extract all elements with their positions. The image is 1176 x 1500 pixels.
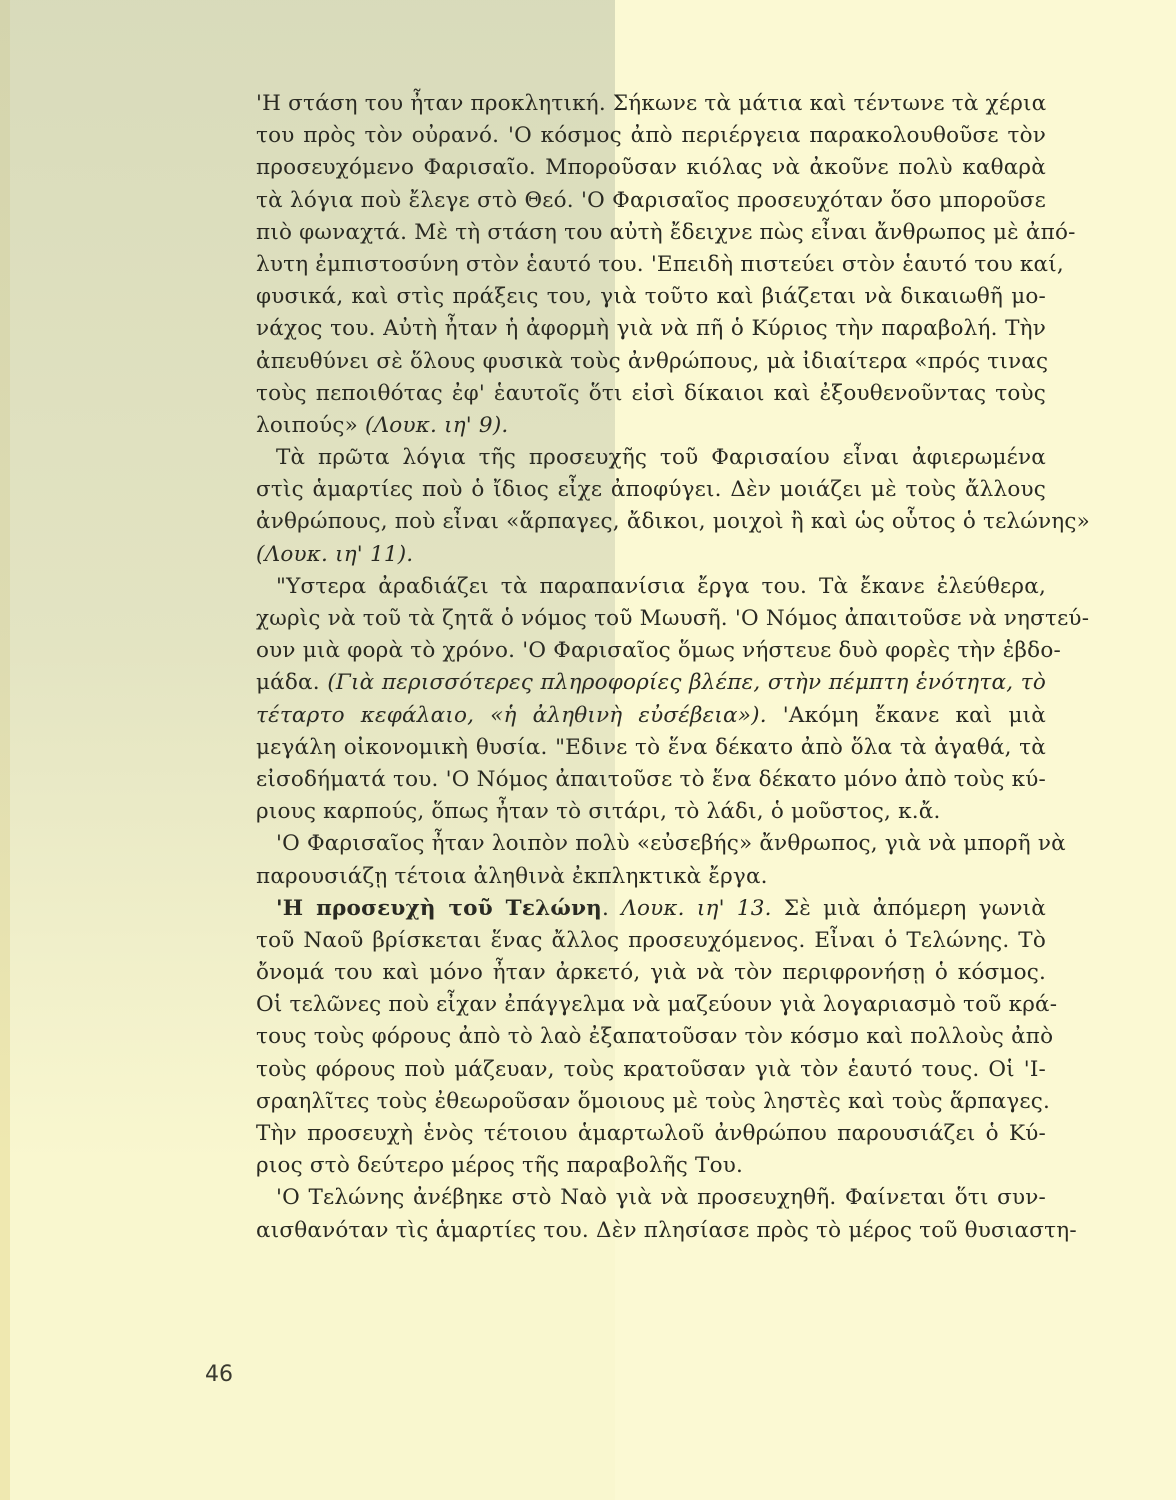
text-line: σραηλῖτες τοὺς ἐθεωροῦσαν ὅμοιους μὲ τοὺ…: [256, 1086, 1046, 1118]
text-segment: ουν μιὰ φορὰ τὸ χρόνο. 'Ο Φαρισαῖος ὅμως…: [256, 638, 1061, 663]
text-line: Οἱ τελῶνες ποὺ εἶχαν ἐπάγγελμα νὰ μαζεύο…: [256, 989, 1046, 1021]
text-line: τους τοὺς φόρους ἀπὸ τὸ λαὸ ἐξαπατοῦσαν …: [256, 1021, 1046, 1053]
text-segment: λυτη ἐμπιστοσύνη στὸν ἑαυτό του. 'Επειδὴ…: [256, 252, 1064, 277]
text-line: ριος στὸ δεύτερο μέρος τῆς παραβολῆς Του…: [256, 1150, 1046, 1182]
scripture-reference: (Γιὰ περισσότερες πληροφορίες βλέπε, στὴ…: [327, 670, 1046, 695]
text-line: τὰ λόγια ποὺ ἔλεγε στὸ Θεό. 'Ο Φαρισαῖος…: [256, 185, 1046, 217]
text-line: Τὰ πρῶτα λόγια τῆς προσευχῆς τοῦ Φαρισαί…: [256, 442, 1046, 474]
text-segment: τοὺς πεποιθότας ἐφ' ἑαυτοῖς ὅτι εἰσὶ δίκ…: [256, 381, 1046, 406]
text-segment: τους τοὺς φόρους ἀπὸ τὸ λαὸ ἐξαπατοῦσαν …: [256, 1024, 1053, 1049]
page-edge: [0, 0, 10, 1500]
page-number: 46: [205, 1362, 233, 1387]
text-segment: Τὴν προσευχὴ ἑνὸς τέτοιου ἁμαρτωλοῦ ἀνθρ…: [256, 1121, 1046, 1146]
text-line: παρουσιάζῃ τέτοια ἀληθινὰ ἐκπληκτικὰ ἔργ…: [256, 861, 1046, 893]
text-line: Τὴν προσευχὴ ἑνὸς τέτοιου ἁμαρτωλοῦ ἀνθρ…: [256, 1118, 1046, 1150]
text-segment: νάχος του. Αὐτὴ ἦταν ἡ ἀφορμὴ γιὰ νὰ πῆ …: [256, 316, 1046, 341]
text-body: 'Η στάση του ἦταν προκλητική. Σήκωνε τὰ …: [256, 88, 1046, 1247]
text-line: 'Η στάση του ἦταν προκλητική. Σήκωνε τὰ …: [256, 88, 1046, 120]
text-line: λοιπούς» (Λουκ. ιη' 9).: [256, 410, 1046, 442]
text-line: στὶς ἁμαρτίες ποὺ ὁ ἴδιος εἶχε ἀποφύγει.…: [256, 474, 1046, 506]
text-segment: ἀνθρώπους, ποὺ εἶναι «ἅρπαγες, ἄδικοι, μ…: [256, 509, 1090, 534]
text-line: του πρὸς τὸν οὐρανό. 'Ο κόσμος ἀπὸ περιέ…: [256, 120, 1046, 152]
text-segment: "Υστερα ἀραδιάζει τὰ παραπανίσια ἔργα το…: [276, 574, 1046, 599]
text-segment: τοὺς φόρους ποὺ μάζευαν, τοὺς κρατοῦσαν …: [256, 1057, 1046, 1082]
text-line: ἀπευθύνει σὲ ὅλους φυσικὰ τοὺς ἀνθρώπους…: [256, 346, 1046, 378]
text-line: τοῦ Ναοῦ βρίσκεται ἕνας ἄλλος προσευχόμε…: [256, 925, 1046, 957]
text-line: 'Ο Τελώνης ἀνέβηκε στὸ Ναὸ γιὰ νὰ προσευ…: [256, 1182, 1046, 1214]
text-segment: .: [602, 896, 621, 921]
text-segment: μάδα.: [256, 670, 327, 695]
scripture-reference: τέταρτο κεφάλαιο, «ἡ ἀληθινὴ εὐσέβεια»).: [256, 703, 767, 728]
scripture-reference: Λουκ. ιη' 13.: [621, 896, 771, 921]
text-segment: λοιπούς»: [256, 413, 365, 438]
text-line: φυσικά, καὶ στὶς πράξεις του, γιὰ τοῦτο …: [256, 281, 1046, 313]
text-line: λυτη ἐμπιστοσύνη στὸν ἑαυτό του. 'Επειδὴ…: [256, 249, 1046, 281]
text-segment: 'Ο Τελώνης ἀνέβηκε στὸ Ναὸ γιὰ νὰ προσευ…: [276, 1185, 1046, 1210]
text-segment: χωρὶς νὰ τοῦ τὰ ζητᾶ ὁ νόμος τοῦ Μωυσῆ. …: [256, 606, 1089, 631]
text-segment: παρουσιάζῃ τέτοια ἀληθινὰ ἐκπληκτικὰ ἔργ…: [256, 864, 768, 889]
section-heading: 'Η προσευχὴ τοῦ Τελώνη: [276, 896, 602, 921]
text-segment: Σὲ μιὰ ἀπόμερη γωνιὰ: [772, 896, 1046, 921]
scripture-reference: (Λουκ. ιη' 11).: [256, 542, 413, 567]
text-line: 'Ο Φαρισαῖος ἦταν λοιπὸν πολὺ «εὐσεβής» …: [256, 828, 1046, 860]
text-line: μεγάλη οἰκονομικὴ θυσία. "Εδινε τὸ ἕνα δ…: [256, 732, 1046, 764]
text-segment: ριος στὸ δεύτερο μέρος τῆς παραβολῆς Του…: [256, 1153, 743, 1178]
text-segment: εἰσοδήματά του. 'Ο Νόμος ἀπαιτοῦσε τὸ ἕν…: [256, 767, 1046, 792]
text-line: ουν μιὰ φορὰ τὸ χρόνο. 'Ο Φαρισαῖος ὅμως…: [256, 635, 1046, 667]
text-segment: ὄνομά του καὶ μόνο ἦταν ἀρκετό, γιὰ νὰ τ…: [256, 960, 1046, 985]
text-segment: 'Ο Φαρισαῖος ἦταν λοιπὸν πολὺ «εὐσεβής» …: [276, 831, 1066, 856]
text-segment: τὰ λόγια ποὺ ἔλεγε στὸ Θεό. 'Ο Φαρισαῖος…: [256, 188, 1046, 213]
text-line: τοὺς φόρους ποὺ μάζευαν, τοὺς κρατοῦσαν …: [256, 1054, 1046, 1086]
text-line: ὄνομά του καὶ μόνο ἦταν ἀρκετό, γιὰ νὰ τ…: [256, 957, 1046, 989]
text-segment: Τὰ πρῶτα λόγια τῆς προσευχῆς τοῦ Φαρισαί…: [276, 445, 1046, 470]
text-line: τέταρτο κεφάλαιο, «ἡ ἀληθινὴ εὐσέβεια»).…: [256, 700, 1046, 732]
text-line: εἰσοδήματά του. 'Ο Νόμος ἀπαιτοῦσε τὸ ἕν…: [256, 764, 1046, 796]
text-line: χωρὶς νὰ τοῦ τὰ ζητᾶ ὁ νόμος τοῦ Μωυσῆ. …: [256, 603, 1046, 635]
text-segment: αισθανόταν τὶς ἁμαρτίες του. Δὲν πλησίασ…: [256, 1218, 1077, 1243]
text-line: τοὺς πεποιθότας ἐφ' ἑαυτοῖς ὅτι εἰσὶ δίκ…: [256, 378, 1046, 410]
text-segment: σραηλῖτες τοὺς ἐθεωροῦσαν ὅμοιους μὲ τοὺ…: [256, 1089, 1050, 1114]
text-segment: 'Ακόμη ἔκανε καὶ μιὰ: [767, 703, 1046, 728]
text-segment: προσευχόμενο Φαρισαῖο. Μποροῦσαν κιόλας …: [256, 155, 1046, 180]
scripture-reference: (Λουκ. ιη' 9).: [365, 413, 508, 438]
text-segment: ριους καρπούς, ὅπως ἦταν τὸ σιτάρι, τὸ λ…: [256, 799, 941, 824]
text-segment: του πρὸς τὸν οὐρανό. 'Ο κόσμος ἀπὸ περιέ…: [256, 123, 1046, 148]
text-segment: μεγάλη οἰκονομικὴ θυσία. "Εδινε τὸ ἕνα δ…: [256, 735, 1046, 760]
text-segment: φυσικά, καὶ στὶς πράξεις του, γιὰ τοῦτο …: [256, 284, 1046, 309]
text-segment: ἀπευθύνει σὲ ὅλους φυσικὰ τοὺς ἀνθρώπους…: [256, 349, 1048, 374]
text-line: ἀνθρώπους, ποὺ εἶναι «ἅρπαγες, ἄδικοι, μ…: [256, 506, 1046, 538]
text-line: μάδα. (Γιὰ περισσότερες πληροφορίες βλέπ…: [256, 667, 1046, 699]
text-segment: Οἱ τελῶνες ποὺ εἶχαν ἐπάγγελμα νὰ μαζεύο…: [256, 992, 1057, 1017]
text-segment: τοῦ Ναοῦ βρίσκεται ἕνας ἄλλος προσευχόμε…: [256, 928, 1046, 953]
text-line: 'Η προσευχὴ τοῦ Τελώνη. Λουκ. ιη' 13. Σὲ…: [256, 893, 1046, 925]
text-line: νάχος του. Αὐτὴ ἦταν ἡ ἀφορμὴ γιὰ νὰ πῆ …: [256, 313, 1046, 345]
text-line: ριους καρπούς, ὅπως ἦταν τὸ σιτάρι, τὸ λ…: [256, 796, 1046, 828]
text-segment: πιὸ φωναχτά. Μὲ τὴ στάση του αὐτὴ ἔδειχν…: [256, 220, 1076, 245]
text-line: "Υστερα ἀραδιάζει τὰ παραπανίσια ἔργα το…: [256, 571, 1046, 603]
text-segment: στὶς ἁμαρτίες ποὺ ὁ ἴδιος εἶχε ἀποφύγει.…: [256, 477, 1046, 502]
text-line: (Λουκ. ιη' 11).: [256, 539, 1046, 571]
text-line: πιὸ φωναχτά. Μὲ τὴ στάση του αὐτὴ ἔδειχν…: [256, 217, 1046, 249]
text-line: αισθανόταν τὶς ἁμαρτίες του. Δὲν πλησίασ…: [256, 1215, 1046, 1247]
text-segment: 'Η στάση του ἦταν προκλητική. Σήκωνε τὰ …: [256, 91, 1046, 116]
text-line: προσευχόμενο Φαρισαῖο. Μποροῦσαν κιόλας …: [256, 152, 1046, 184]
